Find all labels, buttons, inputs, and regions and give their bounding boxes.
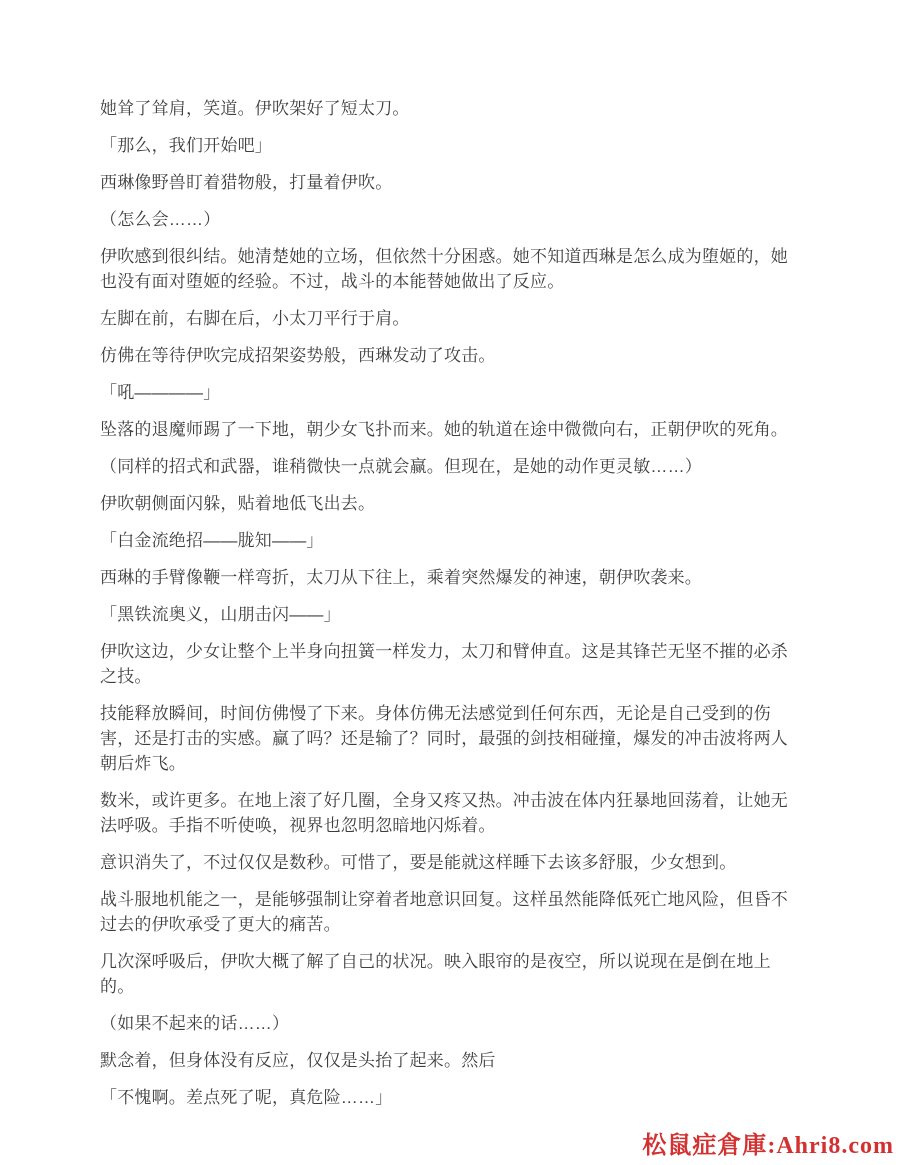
page: 她耸了耸肩，笑道。伊吹架好了短太刀。「那么，我们开始吧」西琳像野兽盯着猎物般，打… — [0, 0, 900, 1165]
paragraph: 伊吹感到很纠结。她清楚她的立场，但依然十分困惑。她不知道西琳是怎么成为堕姬的，她… — [100, 244, 802, 294]
paragraph: 她耸了耸肩，笑道。伊吹架好了短太刀。 — [100, 96, 802, 121]
paragraph: （怎么会……） — [100, 207, 802, 232]
paragraph: 左脚在前，右脚在后，小太刀平行于肩。 — [100, 306, 802, 331]
page-body: 她耸了耸肩，笑道。伊吹架好了短太刀。「那么，我们开始吧」西琳像野兽盯着猎物般，打… — [100, 96, 802, 1122]
paragraph: 意识消失了，不过仅仅是数秒。可惜了，要是能就这样睡下去该多舒服，少女想到。 — [100, 850, 802, 875]
site-watermark: 松鼠症倉庫:Ahri8.com — [642, 1125, 894, 1160]
paragraph: 伊吹这边，少女让整个上半身向扭簧一样发力，太刀和臂伸直。这是其锋芒无坚不摧的必杀… — [100, 639, 802, 689]
paragraph: 「白金流绝招——胧知——」 — [100, 528, 802, 553]
paragraph: 「那么，我们开始吧」 — [100, 133, 802, 158]
paragraph: 坠落的退魔师踢了一下地，朝少女飞扑而来。她的轨道在途中微微向右，正朝伊吹的死角。 — [100, 417, 802, 442]
paragraph: 「吼————」 — [100, 380, 802, 405]
paragraph: （如果不起来的话……） — [100, 1011, 802, 1036]
paragraph: 战斗服地机能之一，是能够强制让穿着者地意识回复。这样虽然能降低死亡地风险，但昏不… — [100, 887, 802, 937]
paragraph: 西琳像野兽盯着猎物般，打量着伊吹。 — [100, 170, 802, 195]
paragraph: 数米，或许更多。在地上滚了好几圈，全身又疼又热。冲击波在体内狂暴地回荡着，让她无… — [100, 788, 802, 838]
paragraph: 西琳的手臂像鞭一样弯折，太刀从下往上，乘着突然爆发的神速，朝伊吹袭来。 — [100, 565, 802, 590]
paragraph: （同样的招式和武器，谁稍微快一点就会赢。但现在，是她的动作更灵敏……） — [100, 454, 802, 479]
paragraph: 技能释放瞬间，时间仿佛慢了下来。身体仿佛无法感觉到任何东西，无论是自己受到的伤害… — [100, 701, 802, 776]
paragraph: 伊吹朝侧面闪躲，贴着地低飞出去。 — [100, 491, 802, 516]
paragraph: 「黑铁流奥义，山朋击闪——」 — [100, 602, 802, 627]
paragraph: 仿佛在等待伊吹完成招架姿势般，西琳发动了攻击。 — [100, 343, 802, 368]
paragraph: 几次深呼吸后，伊吹大概了解了自己的状况。映入眼帘的是夜空，所以说现在是倒在地上的… — [100, 949, 802, 999]
paragraph: 默念着，但身体没有反应，仅仅是头抬了起来。然后 — [100, 1048, 802, 1073]
paragraph: 「不愧啊。差点死了呢，真危险……」 — [100, 1085, 802, 1110]
